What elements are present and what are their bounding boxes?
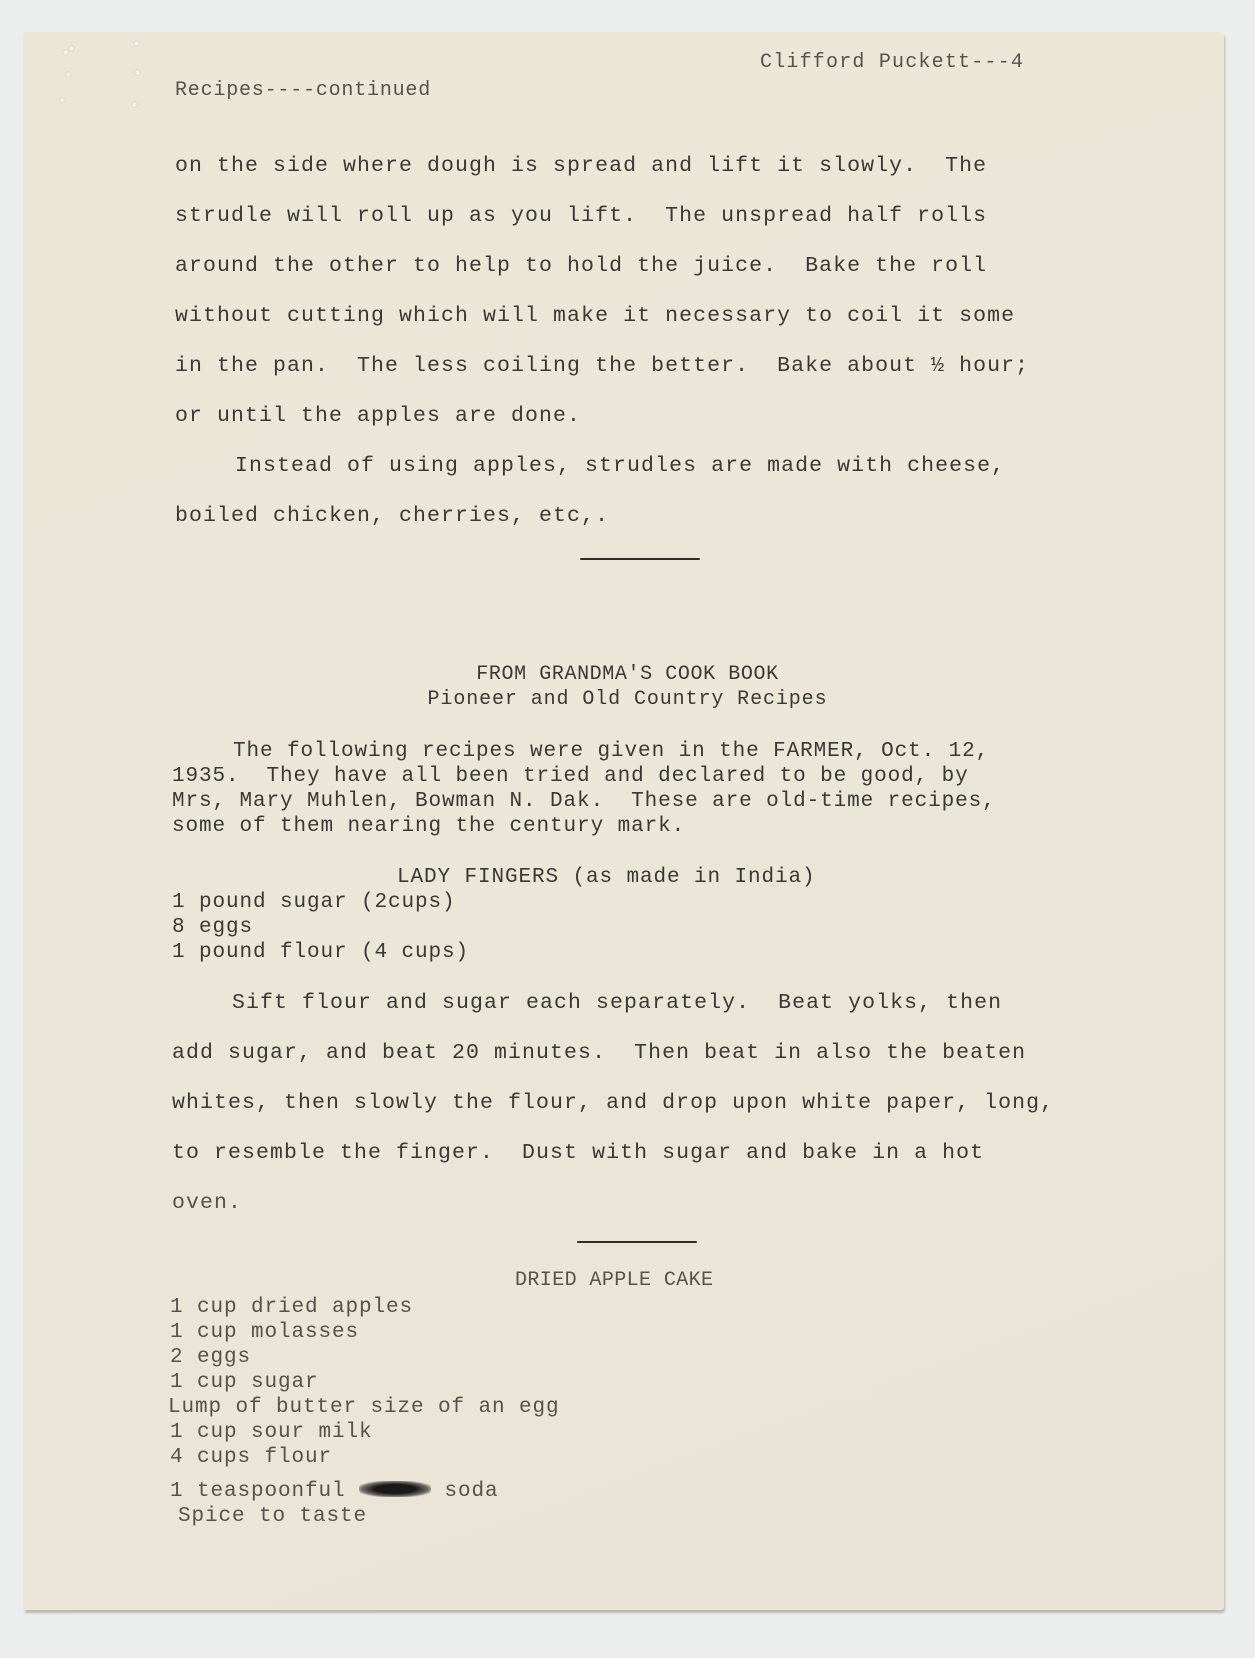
ingredient-item: 1 pound flour (4 cups) <box>172 942 469 963</box>
intro-line: The following recipes were given in the … <box>233 741 989 762</box>
ingredient-item-soda: 1 teaspoonful soda <box>170 1481 499 1502</box>
ingredient-item: 8 eggs <box>172 917 253 938</box>
punch-hole-mark <box>69 46 74 51</box>
punch-hole-mark <box>60 98 65 103</box>
body-line: or until the apples are done. <box>175 406 581 428</box>
direction-line: to resemble the finger. Dust with sugar … <box>172 1143 984 1165</box>
ingredient-prefix: 1 teaspoonful <box>170 1480 359 1503</box>
ingredient-item: 1 cup molasses <box>170 1322 359 1343</box>
punch-hole-mark <box>63 50 68 55</box>
body-line: on the side where dough is spread and li… <box>175 156 987 178</box>
ink-smudge <box>359 1481 431 1497</box>
cookbook-title: FROM GRANDMA'S COOK BOOK <box>0 665 1255 685</box>
ingredient-item: 4 cups flour <box>170 1447 332 1468</box>
punch-hole-mark <box>132 102 137 107</box>
cookbook-subtitle: Pioneer and Old Country Recipes <box>0 690 1255 710</box>
ingredient-item: Spice to taste <box>178 1506 367 1527</box>
intro-line: 1935. They have all been tried and decla… <box>172 766 969 787</box>
body-line: without cutting which will make it neces… <box>175 306 1015 328</box>
page-header-author: Clifford Puckett---4 <box>760 53 1024 73</box>
direction-line: oven. <box>172 1193 242 1215</box>
punch-hole-mark <box>135 70 140 75</box>
ingredient-item: 1 cup sour milk <box>170 1422 373 1443</box>
ingredient-item: Lump of butter size of an egg <box>168 1397 560 1418</box>
ingredient-item: 2 eggs <box>170 1347 251 1368</box>
punch-hole-mark <box>66 72 71 77</box>
ingredient-item: 1 pound sugar (2cups) <box>172 892 456 913</box>
section-divider <box>577 1241 697 1243</box>
recipe-title: LADY FINGERS (as made in India) <box>397 867 816 888</box>
body-line: strudle will roll up as you lift. The un… <box>175 206 987 228</box>
body-line: boiled chicken, cherries, etc,. <box>175 506 609 528</box>
intro-line: some of them nearing the century mark. <box>172 816 685 837</box>
direction-line: whites, then slowly the flour, and drop … <box>172 1093 1054 1115</box>
section-divider <box>580 558 700 560</box>
ingredient-item: 1 cup dried apples <box>170 1297 413 1318</box>
punch-hole-mark <box>134 41 139 46</box>
body-line: around the other to help to hold the jui… <box>175 256 987 278</box>
body-line: in the pan. The less coiling the better.… <box>175 356 1029 378</box>
direction-line: Sift flour and sugar each separately. Be… <box>232 993 1002 1015</box>
direction-line: add sugar, and beat 20 minutes. Then bea… <box>172 1043 1026 1065</box>
section-heading: Recipes----continued <box>175 81 431 101</box>
body-line: Instead of using apples, strudles are ma… <box>235 456 1005 478</box>
ingredient-suffix: soda <box>431 1480 499 1503</box>
ingredient-item: 1 cup sugar <box>170 1372 319 1393</box>
recipe-title: DRIED APPLE CAKE <box>515 1271 713 1291</box>
intro-line: Mrs, Mary Muhlen, Bowman N. Dak. These a… <box>172 791 996 812</box>
